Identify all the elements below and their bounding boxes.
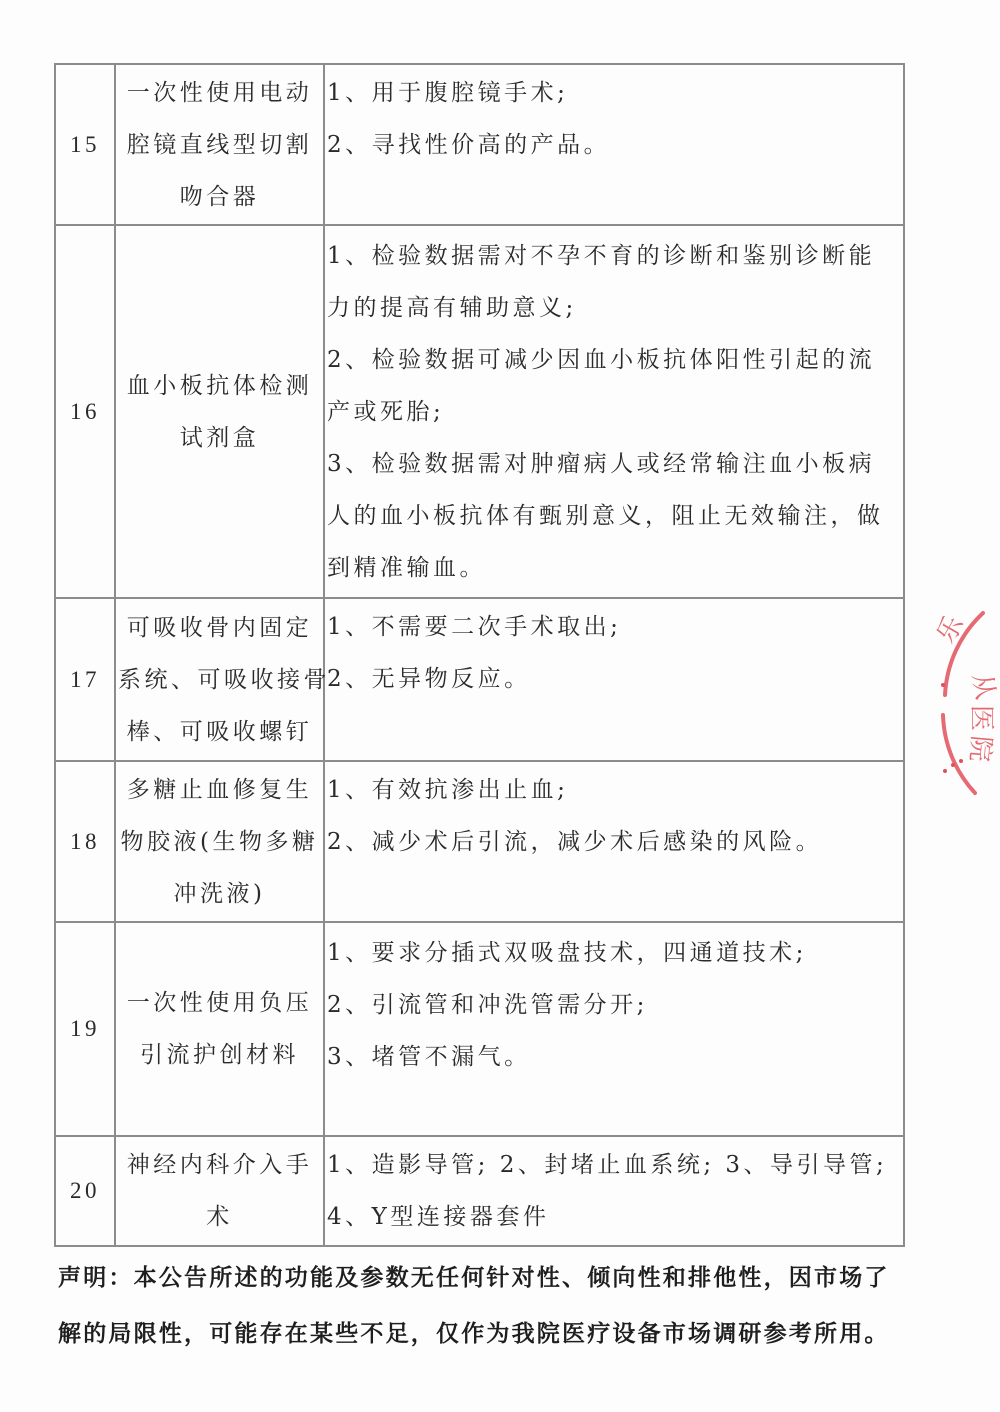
requirement-line: 产或死胎; (327, 386, 903, 438)
name-line: 血小板抗体检测 (118, 360, 321, 412)
requirement-line: 4、Y型连接器套件 (327, 1191, 903, 1243)
product-name: 可吸收骨内固定 系统、可吸收接骨 棒、可吸收螺钉 (115, 598, 324, 761)
name-line: 腔镜直线型切割 (118, 119, 321, 171)
table-row: 16 血小板抗体检测 试剂盒 1、检验数据需对不孕不育的诊断和鉴别诊断能 力的提… (55, 225, 904, 598)
name-line: 术 (118, 1191, 321, 1243)
requirements-table: 15 一次性使用电动 腔镜直线型切割 吻合器 1、用于腹腔镜手术; 2、寻找性价… (54, 63, 905, 1247)
product-requirements: 1、要求分插式双吸盘技术，四通道技术; 2、引流管和冲洗管需分开; 3、堵管不漏… (324, 922, 904, 1136)
requirement-line: 1、不需要二次手术取出; (327, 601, 903, 653)
disclaimer-statement: 声明：本公告所述的功能及参数无任何针对性、倾向性和排他性，因市场了 解的局限性，… (58, 1250, 948, 1362)
svg-text:院: 院 (964, 734, 996, 763)
name-line: 系统、可吸收接骨 (118, 654, 321, 706)
requirement-line: 力的提高有辅助意义; (327, 282, 903, 334)
product-requirements: 1、有效抗渗出止血; 2、减少术后引流，减少术后感染的风险。 (324, 761, 904, 922)
name-line: 神经内科介入手 (118, 1139, 321, 1191)
product-requirements: 1、造影导管; 2、封堵止血系统; 3、导引导管; 4、Y型连接器套件 (324, 1136, 904, 1246)
row-number: 16 (55, 225, 115, 598)
requirement-line: 到精准输血。 (327, 542, 903, 594)
row-number: 18 (55, 761, 115, 922)
name-line: 试剂盒 (118, 412, 321, 464)
name-line: 一次性使用电动 (118, 67, 321, 119)
table-row: 17 可吸收骨内固定 系统、可吸收接骨 棒、可吸收螺钉 1、不需要二次手术取出;… (55, 598, 904, 761)
statement-line: 解的局限性，可能存在某些不足，仅作为我院医疗设备市场调研参考所用。 (58, 1306, 948, 1362)
product-name: 多糖止血修复生 物胶液(生物多糖 冲洗液) (115, 761, 324, 922)
name-line: 多糖止血修复生 (118, 764, 321, 816)
svg-text:医: 医 (966, 705, 996, 731)
document-page: 15 一次性使用电动 腔镜直线型切割 吻合器 1、用于腹腔镜手术; 2、寻找性价… (0, 0, 1000, 1412)
product-requirements: 1、不需要二次手术取出; 2、无异物反应。 (324, 598, 904, 761)
name-line: 一次性使用负压 (118, 977, 321, 1029)
requirement-line: 1、用于腹腔镜手术; (327, 67, 903, 119)
requirement-line: 1、检验数据需对不孕不育的诊断和鉴别诊断能 (327, 230, 903, 282)
svg-text:乐: 乐 (931, 610, 970, 648)
product-name: 一次性使用负压 引流护创材料 (115, 922, 324, 1136)
statement-line: 声明：本公告所述的功能及参数无任何针对性、倾向性和排他性，因市场了 (58, 1250, 948, 1306)
requirement-line: 1、造影导管; 2、封堵止血系统; 3、导引导管; (327, 1139, 903, 1191)
row-number: 17 (55, 598, 115, 761)
name-line: 可吸收骨内固定 (118, 602, 321, 654)
requirement-line: 2、减少术后引流，减少术后感染的风险。 (327, 816, 903, 868)
product-name: 神经内科介入手 术 (115, 1136, 324, 1246)
product-requirements: 1、检验数据需对不孕不育的诊断和鉴别诊断能 力的提高有辅助意义; 2、检验数据可… (324, 225, 904, 598)
table-row: 19 一次性使用负压 引流护创材料 1、要求分插式双吸盘技术，四通道技术; 2、… (55, 922, 904, 1136)
requirement-line: 2、检验数据可减少因血小板抗体阳性引起的流 (327, 334, 903, 386)
requirement-line: 2、无异物反应。 (327, 653, 903, 705)
product-requirements: 1、用于腹腔镜手术; 2、寻找性价高的产品。 (324, 64, 904, 225)
product-name: 血小板抗体检测 试剂盒 (115, 225, 324, 598)
requirement-line: 3、检验数据需对肿瘤病人或经常输注血小板病 (327, 438, 903, 490)
requirement-line: 2、引流管和冲洗管需分开; (327, 979, 903, 1031)
requirement-line: 人的血小板抗体有甄别意义，阻止无效输注，做 (327, 490, 903, 542)
row-number: 19 (55, 922, 115, 1136)
row-number: 20 (55, 1136, 115, 1246)
table-row: 20 神经内科介入手 术 1、造影导管; 2、封堵止血系统; 3、导引导管; 4… (55, 1136, 904, 1246)
requirement-line: 1、有效抗渗出止血; (327, 764, 903, 816)
table-row: 18 多糖止血修复生 物胶液(生物多糖 冲洗液) 1、有效抗渗出止血; 2、减少… (55, 761, 904, 922)
svg-text:从: 从 (966, 671, 1000, 702)
requirement-line: 2、寻找性价高的产品。 (327, 119, 903, 171)
name-line: 冲洗液) (118, 868, 321, 920)
table-row: 15 一次性使用电动 腔镜直线型切割 吻合器 1、用于腹腔镜手术; 2、寻找性价… (55, 64, 904, 225)
row-number: 15 (55, 64, 115, 225)
product-name: 一次性使用电动 腔镜直线型切割 吻合器 (115, 64, 324, 225)
name-line: 棒、可吸收螺钉 (118, 706, 321, 758)
name-line: 引流护创材料 (118, 1029, 321, 1081)
requirement-line: 3、堵管不漏气。 (327, 1031, 903, 1083)
requirement-line: 1、要求分插式双吸盘技术，四通道技术; (327, 927, 903, 979)
name-line: 吻合器 (118, 171, 321, 223)
hospital-seal-stamp-icon: 乐 从 医 院 (915, 585, 1000, 805)
name-line: 物胶液(生物多糖 (118, 816, 321, 868)
